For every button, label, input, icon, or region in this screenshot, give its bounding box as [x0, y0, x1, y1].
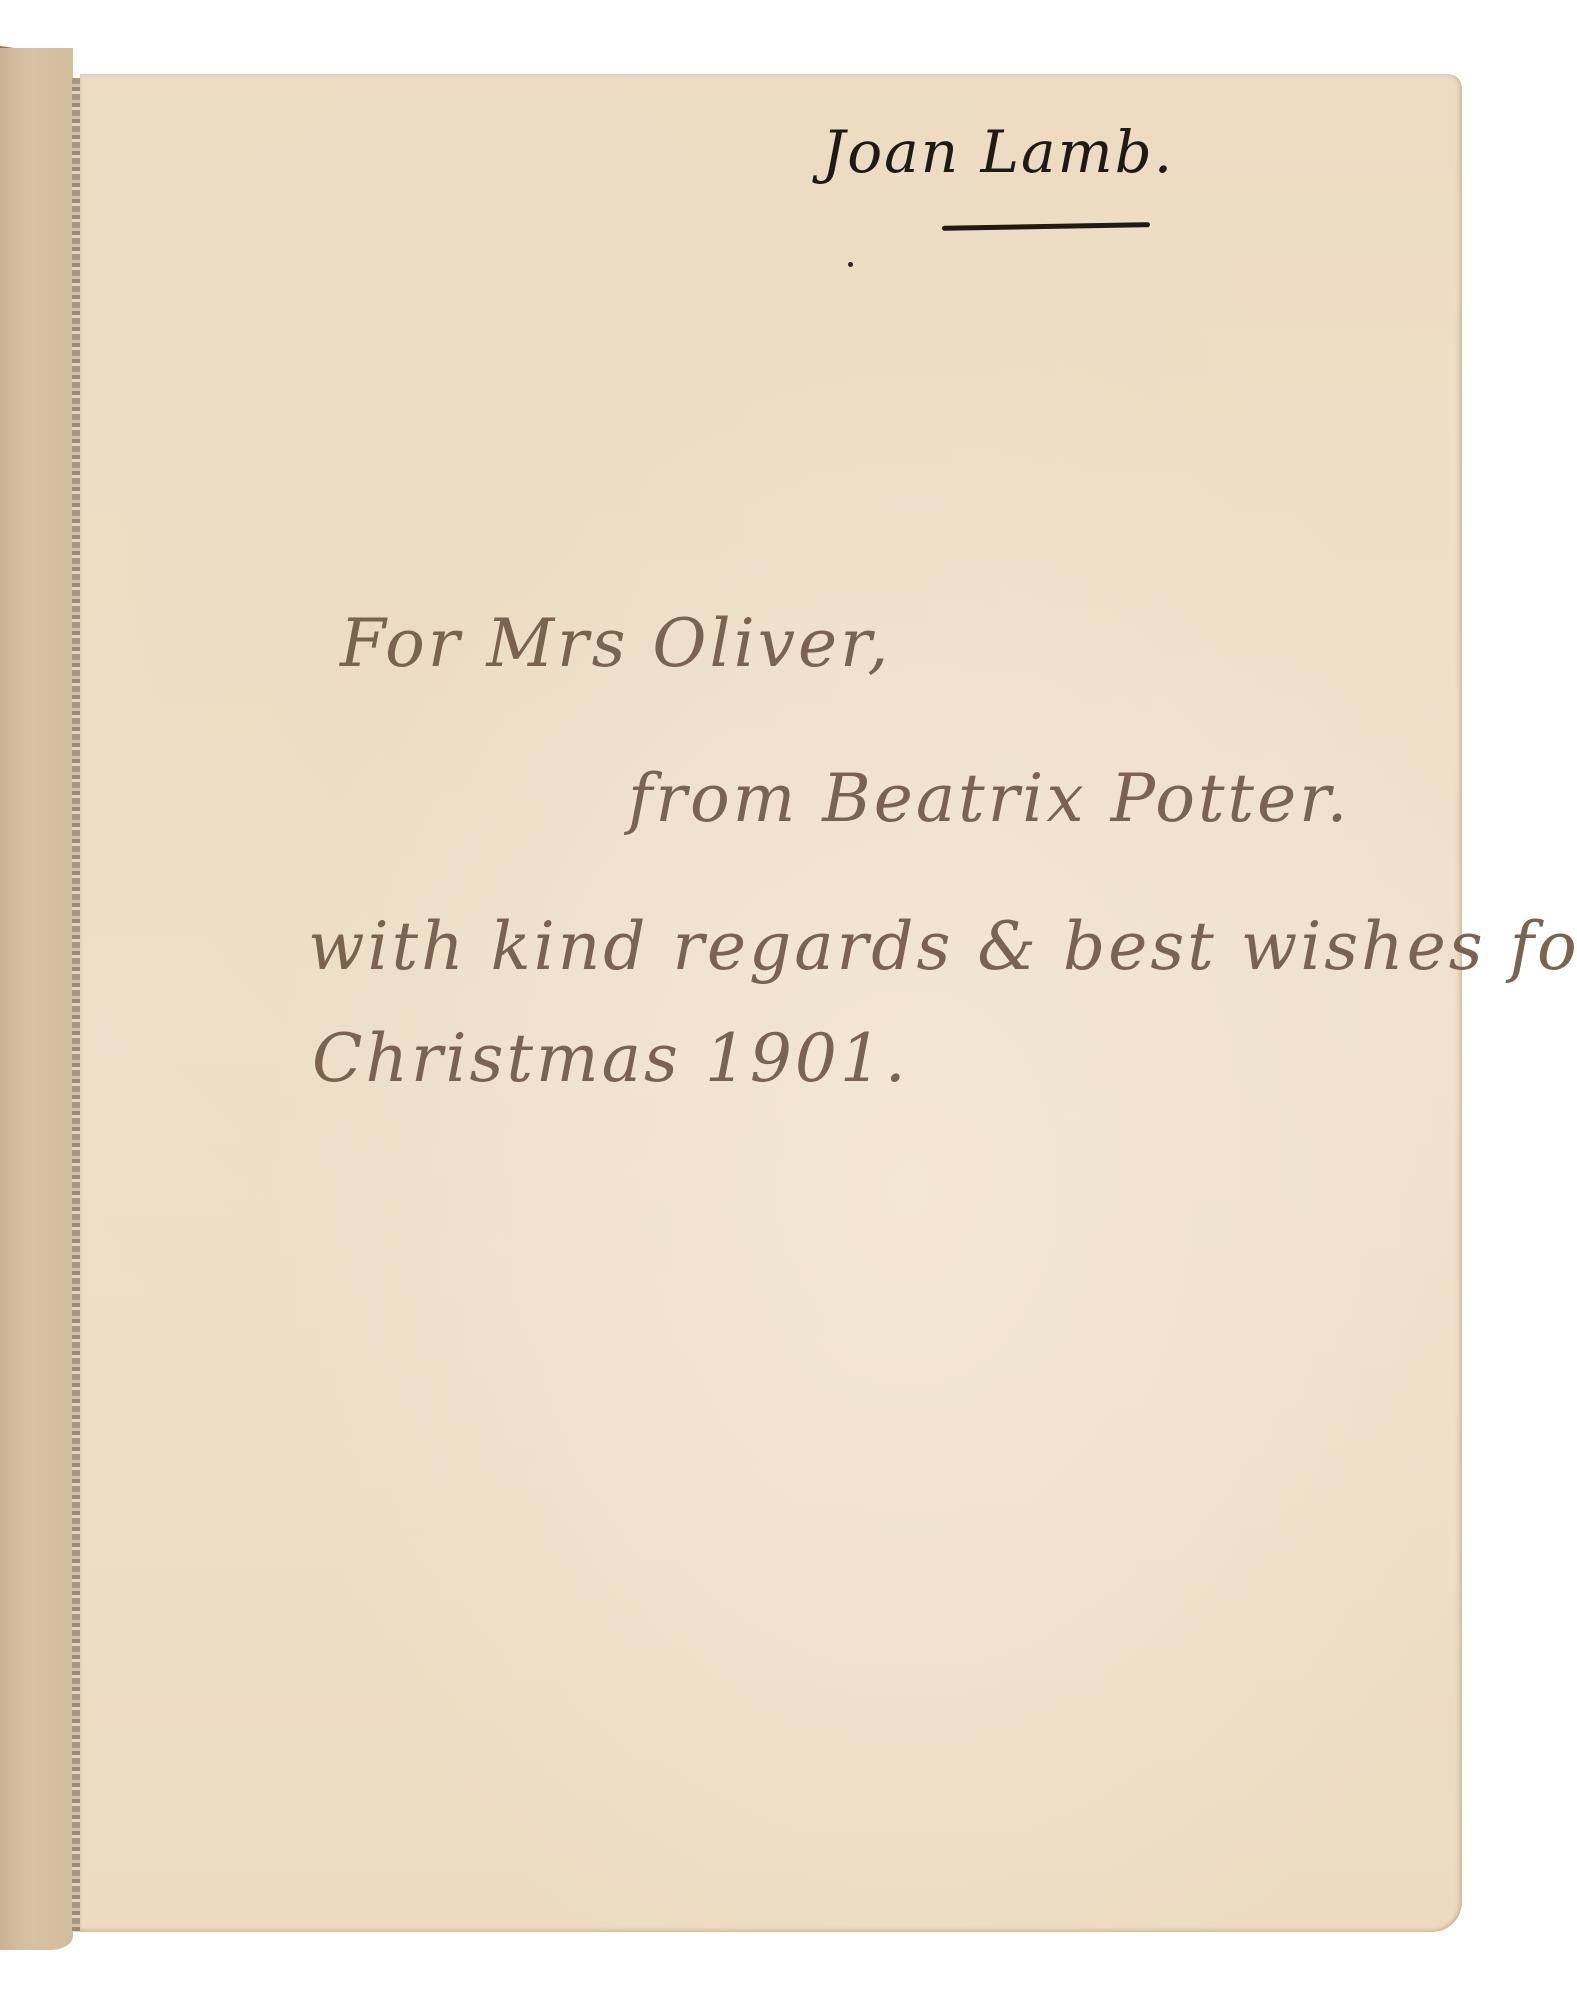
owner-signature: Joan Lamb. — [822, 118, 1174, 186]
inscription-line-3: with kind regards & best wishes for — [308, 908, 1577, 985]
inscription-line-2: from Beatrix Potter. — [628, 760, 1350, 837]
book-cover — [0, 48, 73, 1950]
flyleaf-page — [80, 74, 1462, 1932]
ink-dot — [848, 262, 853, 267]
inscription-line-1: For Mrs Oliver, — [340, 605, 891, 682]
inscription-line-4: Christmas 1901. — [312, 1020, 909, 1097]
